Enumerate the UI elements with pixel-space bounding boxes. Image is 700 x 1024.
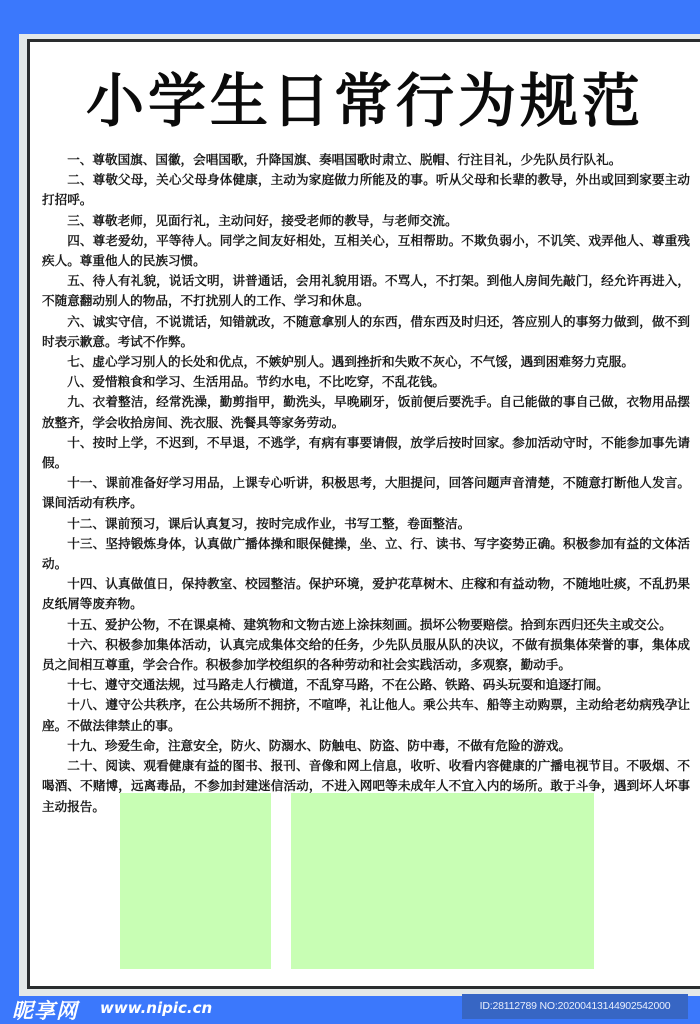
rule-item: 八、爱惜粮食和学习、生活用品。节约水电，不比吃穿，不乱花钱。: [42, 372, 690, 392]
rule-item: 十二、课前预习，课后认真复习，按时完成作业，书写工整，卷面整洁。: [42, 514, 690, 534]
rule-item: 一、尊敬国旗、国徽，会唱国歌，升降国旗、奏唱国歌时肃立、脱帽、行注目礼，少先队员…: [42, 150, 690, 170]
rule-item: 十七、遵守交通法规，过马路走人行横道，不乱穿马路，不在公路、铁路、码头玩耍和追逐…: [42, 675, 690, 695]
rule-item: 四、尊老爱幼，平等待人。同学之间友好相处，互相关心，互相帮助。不欺负弱小，不讥笑…: [42, 231, 690, 271]
rule-item: 九、衣着整洁，经常洗澡，勤剪指甲，勤洗头，早晚刷牙，饭前便后要洗手。自己能做的事…: [42, 392, 690, 432]
image-placeholder-left: [120, 793, 271, 969]
watermark-url: www.nipic.cn: [100, 999, 212, 1017]
rule-item: 五、待人有礼貌，说话文明，讲普通话，会用礼貌用语。不骂人，不打架。到他人房间先敲…: [42, 271, 690, 311]
rule-item: 十四、认真做值日，保持教室、校园整洁。保护环境，爱护花草树木、庄稼和有益动物，不…: [42, 574, 690, 614]
poster-title: 小学生日常行为规范: [0, 66, 700, 136]
rule-item: 十九、珍爱生命，注意安全，防火、防溺水、防触电、防盗、防中毒，不做有危险的游戏。: [42, 736, 690, 756]
rule-item: 十八、遵守公共秩序，在公共场所不拥挤，不喧哗，礼让他人。乘公共车、船等主动购票，…: [42, 695, 690, 735]
rule-item: 六、诚实守信，不说谎话，知错就改，不随意拿别人的东西，借东西及时归还，答应别人的…: [42, 312, 690, 352]
rule-item: 三、尊敬老师，见面行礼，主动问好，接受老师的教导，与老师交流。: [42, 211, 690, 231]
rules-list: 一、尊敬国旗、国徽，会唱国歌，升降国旗、奏唱国歌时肃立、脱帽、行注目礼，少先队员…: [42, 150, 690, 817]
rule-item: 十五、爱护公物，不在课桌椅、建筑物和文物古迹上涂抹刻画。损坏公物要赔偿。拾到东西…: [42, 615, 690, 635]
image-placeholder-right: [291, 793, 594, 969]
rule-item: 十三、坚持锻炼身体，认真做广播体操和眼保健操，坐、立、行、读书、写字姿势正确。积…: [42, 534, 690, 574]
rule-item: 十、按时上学，不迟到，不早退，不逃学，有病有事要请假，放学后按时回家。参加活动守…: [42, 433, 690, 473]
image-id-badge: ID:28112789 NO:20200413144902542000: [462, 994, 688, 1019]
rule-item: 七、虚心学习别人的长处和优点，不嫉妒别人。遇到挫折和失败不灰心，不气馁，遇到困难…: [42, 352, 690, 372]
rule-item: 十六、积极参加集体活动，认真完成集体交给的任务，少先队员服从队的决议，不做有损集…: [42, 635, 690, 675]
watermark-logo: 昵享网: [12, 995, 78, 1024]
rule-item: 二、尊敬父母，关心父母身体健康，主动为家庭做力所能及的事。听从父母和长辈的教导，…: [42, 170, 690, 210]
rule-item: 十一、课前准备好学习用品，上课专心听讲，积极思考，大胆提问，回答问题声音清楚，不…: [42, 473, 690, 513]
